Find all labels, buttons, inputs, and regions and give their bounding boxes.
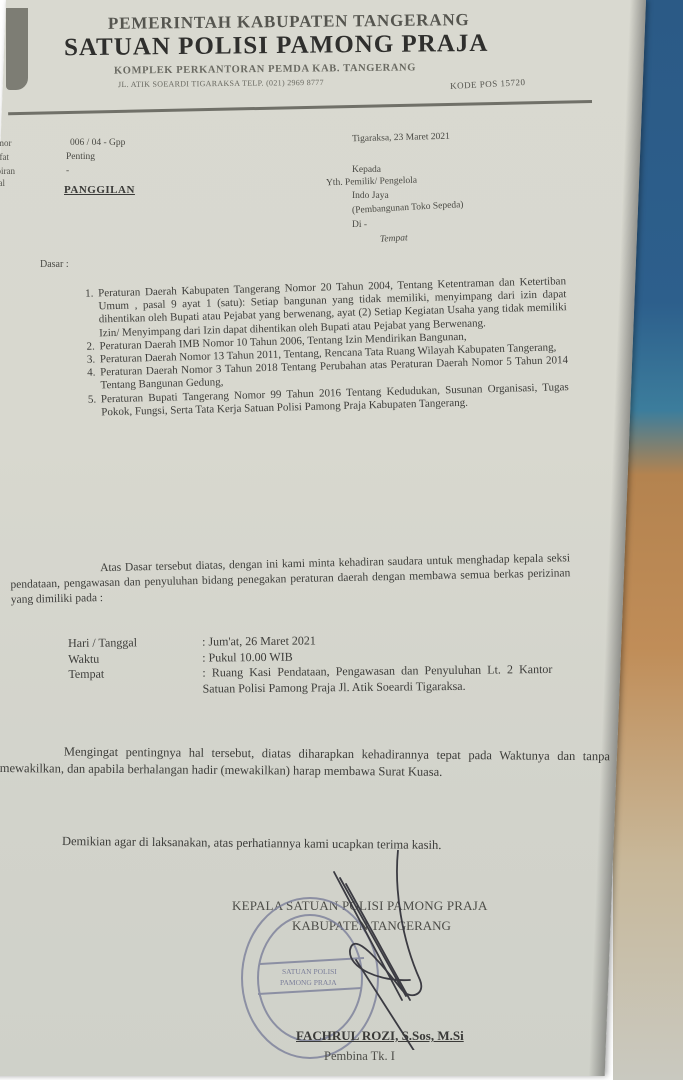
letterhead-address: JL. ATIK SOEARDI TIGARAKSA TELP. (021) 2…: [118, 78, 324, 89]
recipient-line4: Di -: [352, 220, 367, 230]
letter-attachment: -: [66, 166, 69, 176]
schedule-table: Hari / Tanggal : Jum'at, 26 Maret 2021 W…: [68, 631, 553, 698]
recipient-line1: Yth. Pemilik/ Pengelola: [326, 176, 417, 188]
letterhead-divider: [8, 100, 592, 115]
schedule-row: Tempat : Ruang Kasi Pendataan, Pengawasa…: [68, 662, 552, 698]
schedule-value: : Ruang Kasi Pendataan, Pengawasan dan P…: [202, 662, 552, 697]
meta-label-number: Nomor: [0, 138, 12, 148]
letter-number: 006 / 04 - Gpp: [70, 138, 125, 148]
letter-subject: PANGGILAN: [64, 184, 135, 196]
letterhead-complex: KOMPLEK PERKANTORAN PEMDA KAB. TANGERANG: [114, 62, 416, 76]
basis-list: Peraturan Daerah Kabupaten Tangerang Nom…: [76, 275, 569, 420]
signatory-rank: Pembina Tk. I: [324, 1049, 395, 1064]
regency-crest-icon: [6, 8, 28, 90]
body-paragraph-attendance: Mengingat pentingnya hal tersebut, diata…: [0, 743, 610, 782]
letter-nature: Penting: [66, 152, 95, 162]
letterhead-agency: SATUAN POLISI PAMONG PRAJA: [64, 30, 489, 62]
meta-label-subject: Hal: [0, 178, 5, 188]
meta-label-nature: Sifat: [0, 152, 9, 162]
recipient-line5: Tempat: [380, 233, 408, 244]
letterhead-postal-code: KODE POS 15720: [450, 77, 526, 91]
signatory-name: FACHRUL ROZI, S.Sos, M.Si: [296, 1028, 464, 1044]
recipient-line2: Indo Jaya: [352, 191, 389, 201]
letter: PEMERINTAH KABUPATEN TANGERANG SATUAN PO…: [0, 0, 683, 1080]
body-paragraph-request: Atas Dasar tersebut diatas, dengan ini k…: [10, 551, 571, 608]
schedule-label: Tempat: [68, 666, 202, 698]
recipient-line3: (Pembangunan Toko Sepeda): [352, 200, 464, 216]
recipient-to: Kepada: [352, 165, 381, 175]
basis-label: Dasar :: [40, 259, 69, 270]
meta-label-attachment: Lampiran: [0, 166, 15, 176]
schedule-label: Hari / Tanggal: [68, 635, 202, 652]
handwritten-signature-icon: [310, 850, 450, 1050]
schedule-label: Waktu: [68, 650, 202, 667]
place-date: Tigaraksa, 23 Maret 2021: [352, 132, 450, 145]
